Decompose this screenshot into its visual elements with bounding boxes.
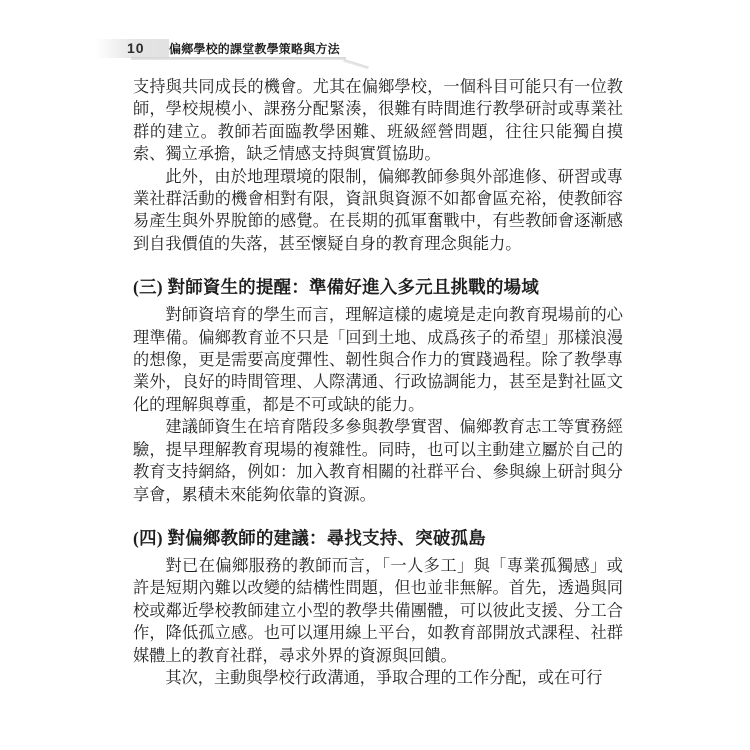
section-heading: (四) 對偏鄉教師的建議：尋找支持、突破孤島 [133,526,623,550]
body-paragraph: 此外，由於地理環境的限制，偏鄉教師參與外部進修、研習或專業社群活動的機會相對有限… [133,166,623,256]
body-paragraph: 對師資培育的學生而言，理解這樣的處境是走向教育現場前的心理準備。偏鄉教育並不只是… [133,304,623,416]
page-number: 10 [127,40,145,57]
body-paragraph: 對已在偏鄉服務的教師而言，「一人多工」與「專業孤獨感」或許是短期內難以改變的結構… [133,555,623,667]
body-paragraph: 支持與共同成長的機會。尤其在偏鄉學校，一個科目可能只有一位教師，學校規模小、課務… [133,76,623,166]
book-title: 偏鄉學校的課堂教學策略與方法 [169,41,340,57]
body-paragraph: 其次，主動與學校行政溝通，爭取合理的工作分配，或在可行 [133,667,623,689]
section-heading: (三) 對師資生的提醒：準備好進入多元且挑戰的場域 [133,275,623,299]
header-underline-tail [343,59,369,69]
page-body: 支持與共同成長的機會。尤其在偏鄉學校，一個科目可能只有一位教師，學校規模小、課務… [133,76,623,689]
running-head: 10 偏鄉學校的課堂教學策略與方法 [0,0,750,70]
header-underline [131,57,346,60]
body-paragraph: 建議師資生在培育階段多參與教學實習、偏鄉教育志工等實務經驗，提早理解教育現場的複… [133,416,623,506]
